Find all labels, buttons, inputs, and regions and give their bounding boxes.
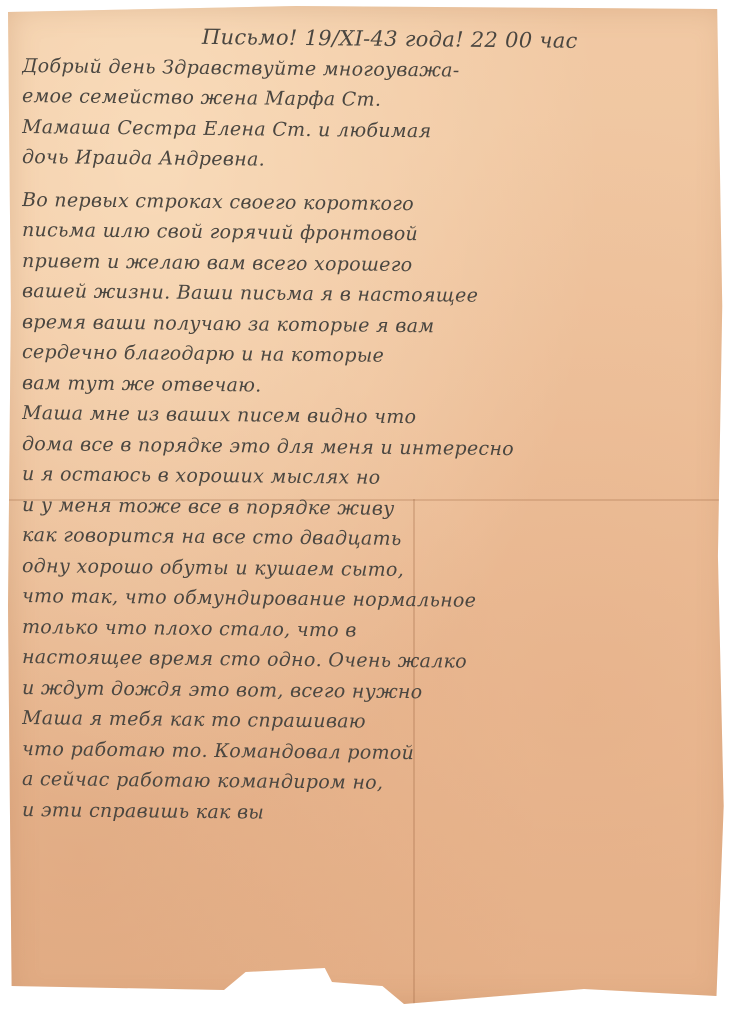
paragraph-2: Маша мне из ваших писем видно что дома в… bbox=[22, 398, 722, 825]
greeting: Добрый день Здравствуйте многоуважа- емо… bbox=[22, 51, 722, 173]
paragraph-1: Во первых строках своего короткого письм… bbox=[22, 185, 722, 399]
letter-paper: Письмо! 19/XI-43 года! 22 00 час Добрый … bbox=[8, 6, 728, 1006]
handwritten-text: Письмо! 19/XI-43 года! 22 00 час Добрый … bbox=[22, 20, 722, 825]
